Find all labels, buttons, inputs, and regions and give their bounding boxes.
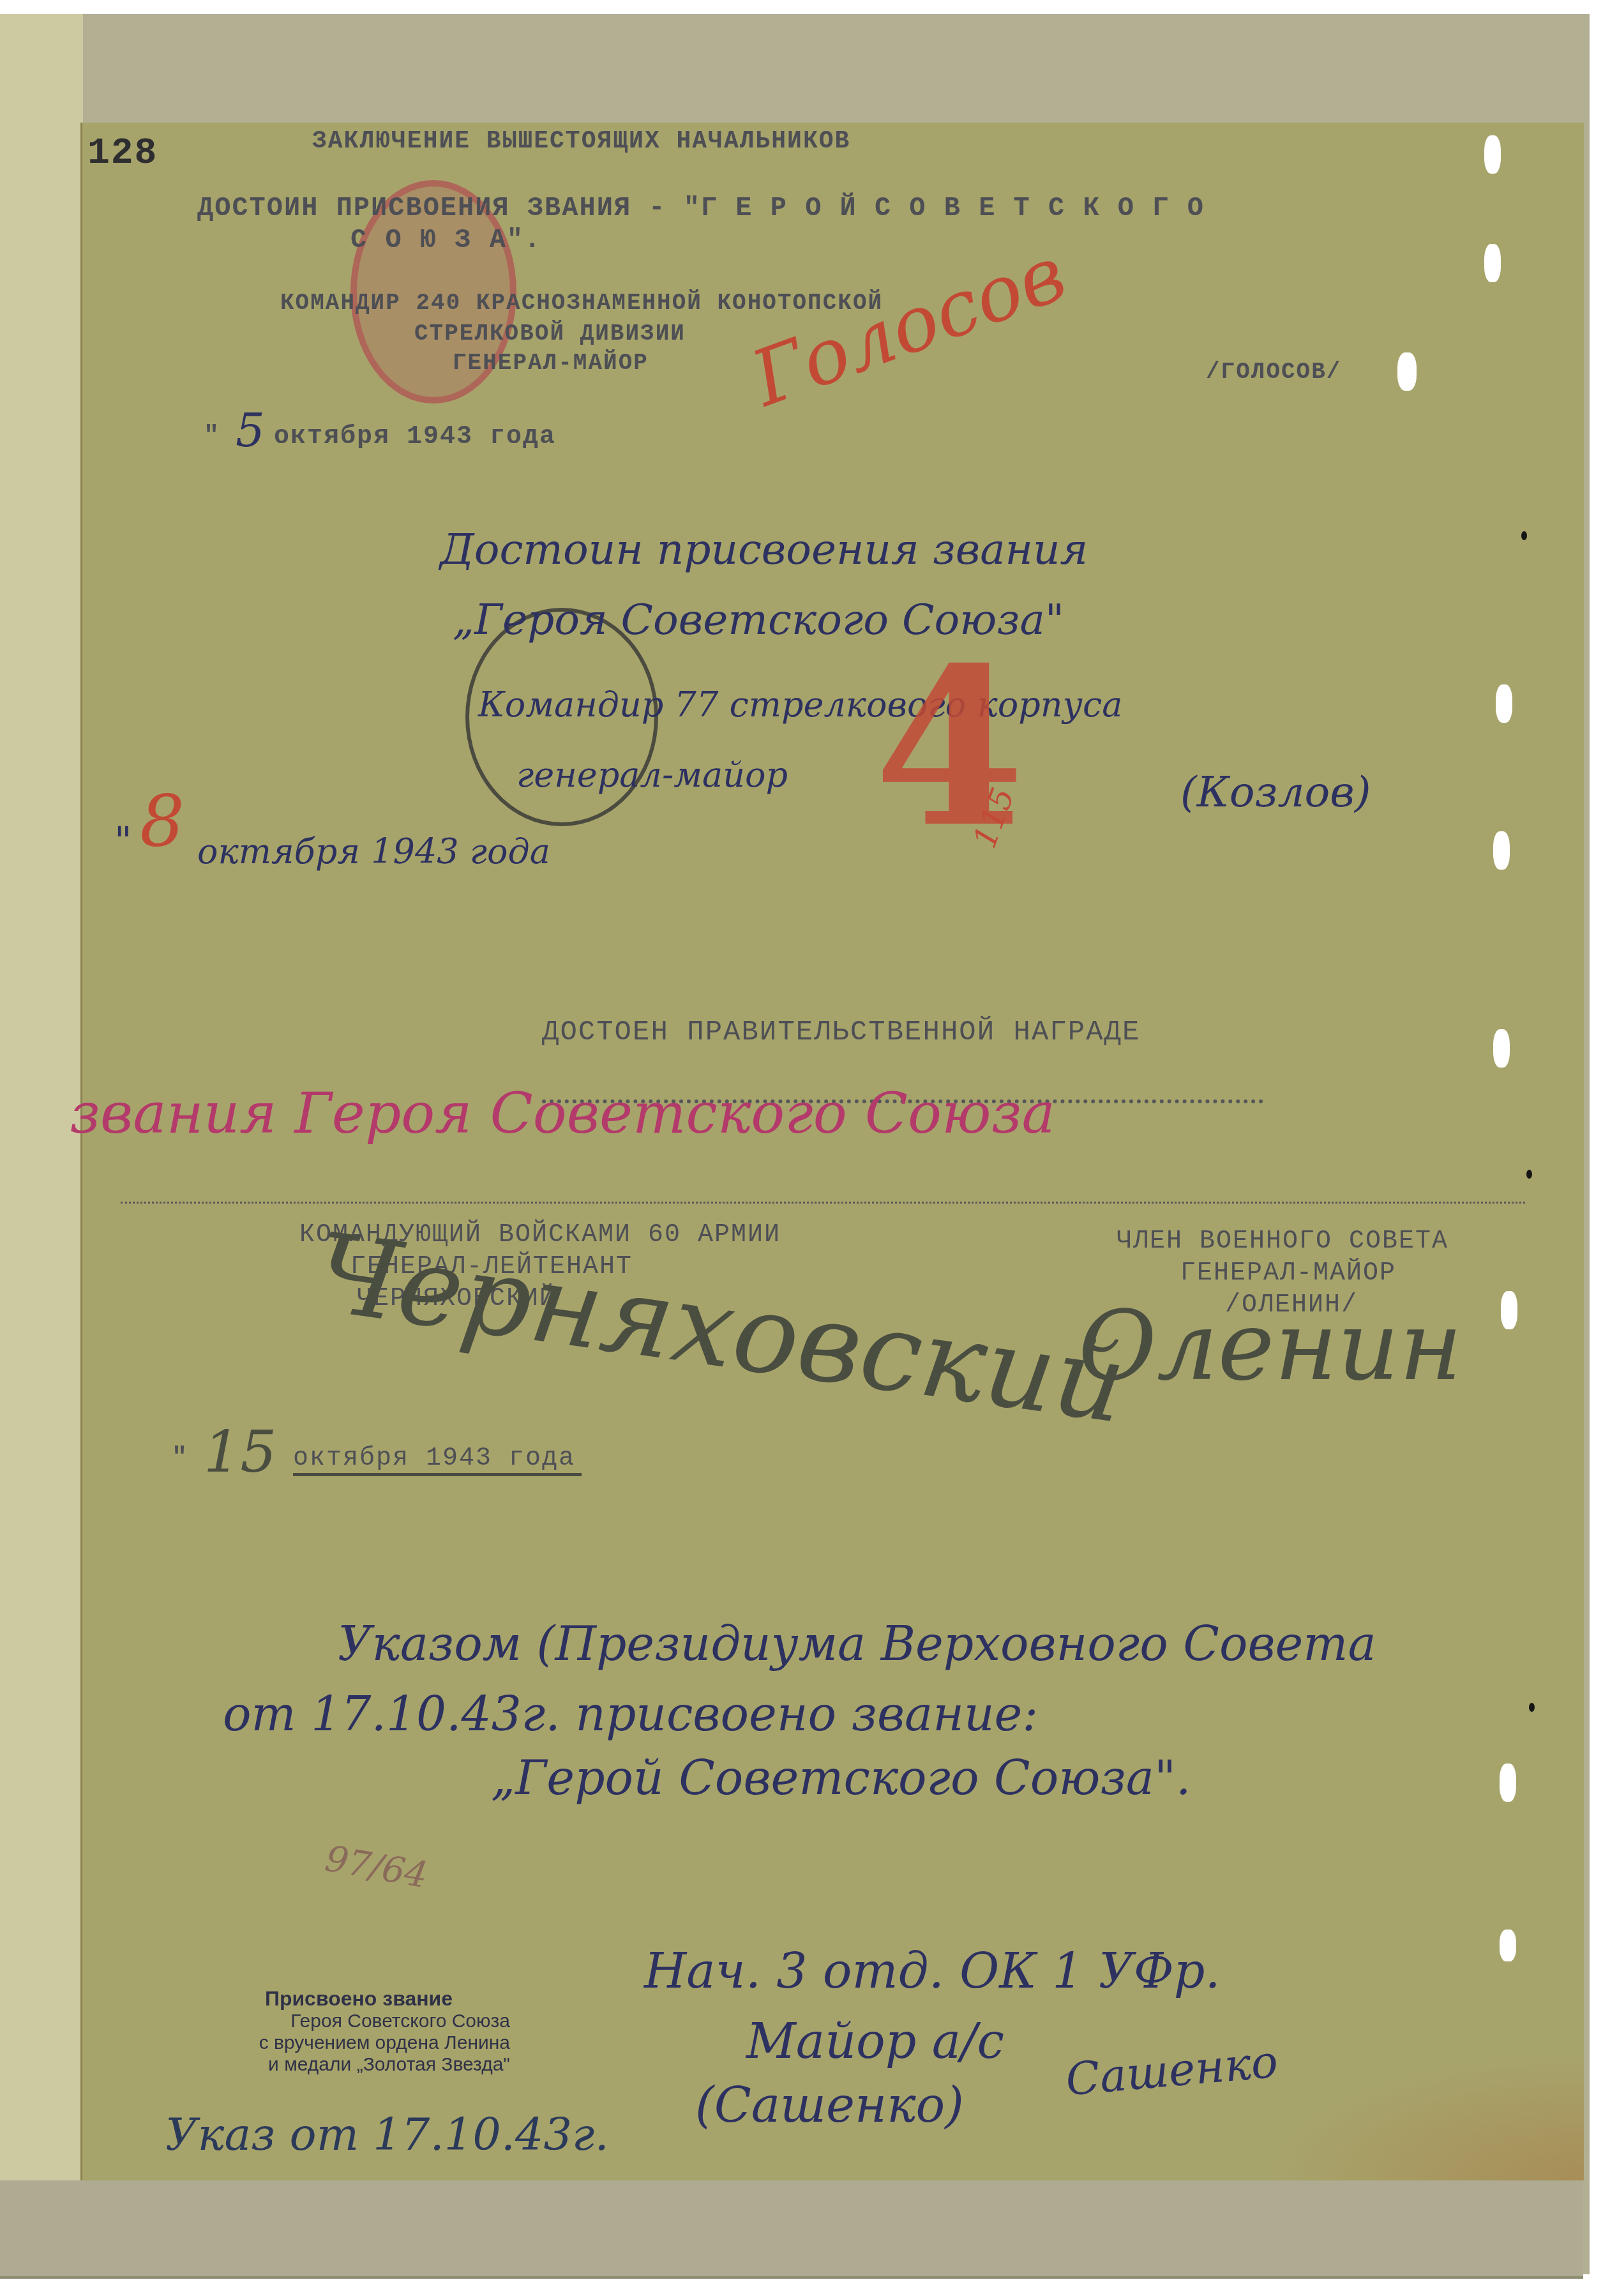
- stamp-box-line4: и медали „Золотая Звезда": [178, 2054, 510, 2076]
- division-commander-title-1: КОМАНДИР 240 КРАСНОЗНАМЕННОЙ КОНОТОПСКОЙ: [280, 290, 883, 316]
- division-commander-signature: Голосов: [741, 229, 1077, 424]
- stamp-box-line1: Присвоено звание: [178, 1987, 510, 2011]
- corps-date-open-quote: ": [114, 819, 132, 863]
- army-date: октября 1943 года: [293, 1444, 582, 1476]
- pinhole-icon: [1526, 1170, 1532, 1179]
- section-header: ЗАКЛЮЧЕНИЕ ВЫШЕСТОЯЩИХ НАЧАЛЬНИКОВ: [312, 128, 850, 155]
- corps-commander-rank: генерал-майор: [516, 755, 788, 795]
- punch-hole-icon: [1501, 1291, 1517, 1329]
- certification-line3: (Сашенко): [695, 2076, 964, 2133]
- stamp-box-line3: с вручением ордена Ленина: [178, 2032, 510, 2054]
- corps-conclusion-line1: Достоин присвоения звания: [440, 525, 1088, 574]
- corps-date-day: 8: [140, 780, 184, 862]
- decree-note-line1: Указом (Президиума Верховного Совета: [338, 1617, 1376, 1672]
- award-stamp-box: Присвоено звание Героя Советского Союза …: [178, 1987, 510, 2076]
- military-council-rank: ГЕНЕРАЛ-МАЙОР: [1180, 1259, 1396, 1288]
- division-date: октября 1943 года: [274, 423, 556, 451]
- punch-hole-icon: [1484, 135, 1501, 174]
- division-conclusion-line2: С О Ю З А".: [350, 225, 541, 255]
- bottom-backing-strip: [0, 2180, 1583, 2279]
- corps-date: октября 1943 года: [197, 831, 550, 872]
- stamp-box-handwritten-decree: Указ от 17.10.43г.: [165, 2108, 609, 2161]
- award-sheet-page: 128 ЗАКЛЮЧЕНИЕ ВЫШЕСТОЯЩИХ НАЧАЛЬНИКОВ Д…: [80, 123, 1584, 2180]
- division-commander-title-2: СТРЕЛКОВОЙ ДИВИЗИИ: [414, 321, 686, 347]
- punch-hole-icon: [1496, 684, 1512, 723]
- punch-hole-icon: [1397, 352, 1417, 391]
- certification-line1: Нач. 3 отд. ОК 1 УФр.: [644, 1942, 1221, 1999]
- division-date-open-quote: ": [204, 423, 220, 451]
- military-council-signature: Оленин: [1078, 1291, 1462, 1402]
- certification-line2: Майор а/с: [746, 2013, 1004, 2069]
- punch-hole-icon: [1500, 1930, 1516, 1961]
- punch-hole-icon: [1493, 831, 1510, 870]
- signature-dotted-line: [121, 1202, 1525, 1204]
- decree-note-line3: „Герой Советского Союза".: [491, 1751, 1191, 1806]
- corps-commander-title: Командир 77 стрелкового корпуса: [478, 684, 1122, 725]
- military-council-title: ЧЛЕН ВОЕННОГО СОВЕТА: [1117, 1227, 1448, 1256]
- army-handwritten-award: звания Героя Советского Союза: [70, 1080, 1055, 1146]
- pinhole-icon: [1529, 1703, 1535, 1712]
- division-commander-name: /ГОЛОСОВ/: [1206, 359, 1341, 385]
- page-number: 128: [87, 133, 158, 174]
- certification-signature: Сашенко: [1064, 2035, 1280, 2106]
- archive-number: 97/64: [322, 1838, 431, 1896]
- division-date-day: 5: [236, 404, 265, 457]
- punch-hole-icon: [1500, 1764, 1516, 1802]
- decree-note-line2: от 17.10.43г. присвоено звание:: [223, 1687, 1038, 1742]
- stamp-box-line2: Героя Советского Союза: [178, 2011, 510, 2032]
- corps-commander-name: (Козлов): [1180, 767, 1371, 817]
- division-commander-title-3: ГЕНЕРАЛ-МАЙОР: [453, 350, 649, 376]
- punch-hole-icon: [1493, 1029, 1510, 1068]
- army-date-day: 15: [204, 1419, 277, 1486]
- division-conclusion-line1: ДОСТОИН ПРИСВОЕНИЯ ЗВАНИЯ - "Г Е Р О Й С…: [197, 193, 1205, 223]
- punch-hole-icon: [1484, 244, 1501, 282]
- army-date-open-quote: ": [172, 1444, 188, 1473]
- army-conclusion-title: ДОСТОЕН ПРАВИТЕЛЬСТВЕННОЙ НАГРАДЕ: [542, 1016, 1140, 1048]
- pinhole-icon: [1521, 531, 1527, 540]
